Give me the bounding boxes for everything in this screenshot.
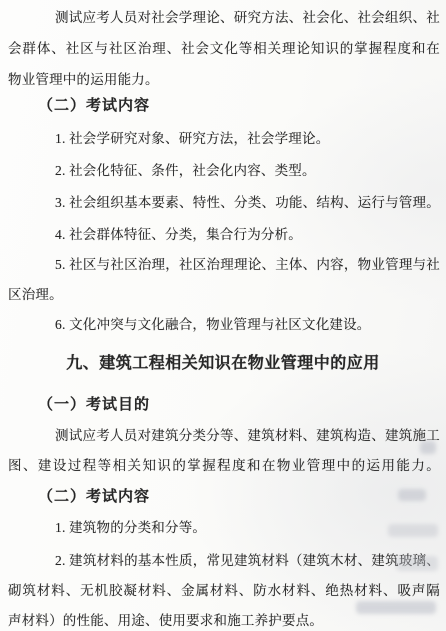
list-item-line: 2. 社会化特征、条件，社会化内容、类型。 bbox=[8, 156, 440, 186]
list-item-line: 4. 社会群体特征、分类，集合行为分析。 bbox=[8, 220, 440, 250]
paragraph-line: 测试应考人员对社会学理论、研究方法、社会化、社会组织、社 bbox=[8, 2, 440, 33]
society-item-1: 1. 社会学研究对象、研究方法，社会学理论。 bbox=[8, 124, 440, 154]
building-section-heading: 九、建筑工程相关知识在物业管理中的应用 bbox=[0, 350, 446, 373]
bleed-through-mark bbox=[398, 489, 426, 501]
society-aim-paragraph: 测试应考人员对社会学理论、研究方法、社会化、社会组织、社 会群体、社区与社区治理… bbox=[8, 2, 440, 95]
society-item-2: 2. 社会化特征、条件，社会化内容、类型。 bbox=[8, 156, 440, 186]
paragraph-line: 测试应考人员对建筑分类分等、建筑材料、建筑构造、建筑施工 bbox=[8, 421, 440, 451]
society-item-5: 5. 社区与社区治理，社区治理理论、主体、内容，物业管理与社 区治理。 bbox=[8, 250, 440, 310]
building-item-2: 2. 建筑材料的基本性质，常见建筑材料（建筑木材、建筑玻璃、 砌筑材料、无机胶凝… bbox=[8, 546, 440, 631]
paragraph-line: 会群体、社区与社区治理、社会文化等相关理论知识的掌握程度和在 bbox=[8, 33, 440, 64]
paragraph-line: 图、建设过程等相关知识的掌握程度和在物业管理中的运用能力。 bbox=[8, 451, 440, 481]
list-item-line: 3. 社会组织基本要素、特性、分类、功能、结构、运行与管理。 bbox=[8, 188, 440, 218]
list-item-line: 1. 社会学研究对象、研究方法，社会学理论。 bbox=[8, 124, 440, 154]
list-item-line: 1. 建筑物的分类和分等。 bbox=[8, 513, 440, 543]
paragraph-line: 物业管理中的运用能力。 bbox=[8, 64, 440, 95]
list-item-line: 6. 文化冲突与文化融合，物业管理与社区文化建设。 bbox=[8, 310, 440, 340]
building-aim-heading: （一）考试目的 bbox=[38, 393, 438, 414]
society-item-6: 6. 文化冲突与文化融合，物业管理与社区文化建设。 bbox=[8, 310, 440, 340]
list-item-line: 区治理。 bbox=[8, 280, 440, 310]
building-content-heading: （二）考试内容 bbox=[38, 485, 438, 506]
bleed-through-mark bbox=[420, 441, 436, 454]
bleed-through-mark bbox=[356, 601, 436, 614]
bleed-through-mark bbox=[396, 556, 438, 571]
list-item-line: 5. 社区与社区治理，社区治理理论、主体、内容，物业管理与社 bbox=[8, 250, 440, 280]
society-content-heading: （二）考试内容 bbox=[38, 94, 438, 115]
scanned-document-page: 测试应考人员对社会学理论、研究方法、社会化、社会组织、社 会群体、社区与社区治理… bbox=[0, 0, 446, 631]
building-item-1: 1. 建筑物的分类和分等。 bbox=[8, 513, 440, 543]
list-item-line: 2. 建筑材料的基本性质，常见建筑材料（建筑木材、建筑玻璃、 bbox=[8, 546, 440, 576]
society-item-4: 4. 社会群体特征、分类，集合行为分析。 bbox=[8, 220, 440, 250]
bleed-through-mark bbox=[388, 524, 438, 537]
building-aim-paragraph: 测试应考人员对建筑分类分等、建筑材料、建筑构造、建筑施工 图、建设过程等相关知识… bbox=[8, 421, 440, 481]
society-item-3: 3. 社会组织基本要素、特性、分类、功能、结构、运行与管理。 bbox=[8, 188, 440, 218]
